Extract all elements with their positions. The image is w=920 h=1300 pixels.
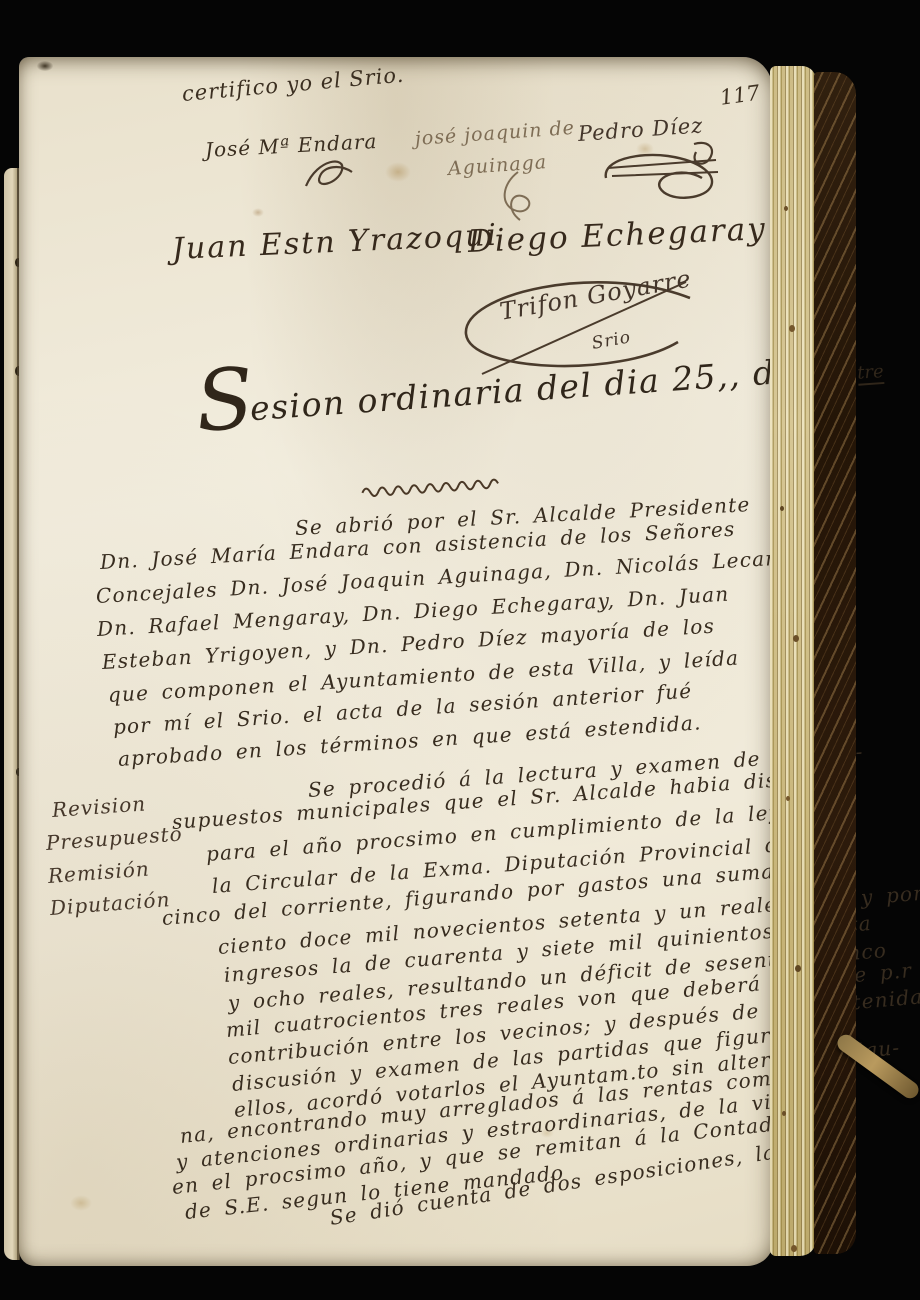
signature-rubric-endara [300,152,358,194]
signature-rubric-aguinaga [492,170,544,222]
book-photo: 117 certifico yo el Srio. José Mª Endara… [0,0,920,1300]
fore-edge-speckle [784,206,788,211]
heading-superscript: tre [857,361,885,386]
marbled-cover-edge [814,72,856,1254]
paper-stain [385,162,411,182]
paper-stain [70,1195,92,1211]
paper-stain [37,61,53,71]
signature-rubric-diez [598,138,726,210]
heading-initial: S [194,368,256,432]
left-page-edge [4,168,19,1260]
book-fore-edge [770,66,816,1256]
paper-stain [252,208,264,217]
